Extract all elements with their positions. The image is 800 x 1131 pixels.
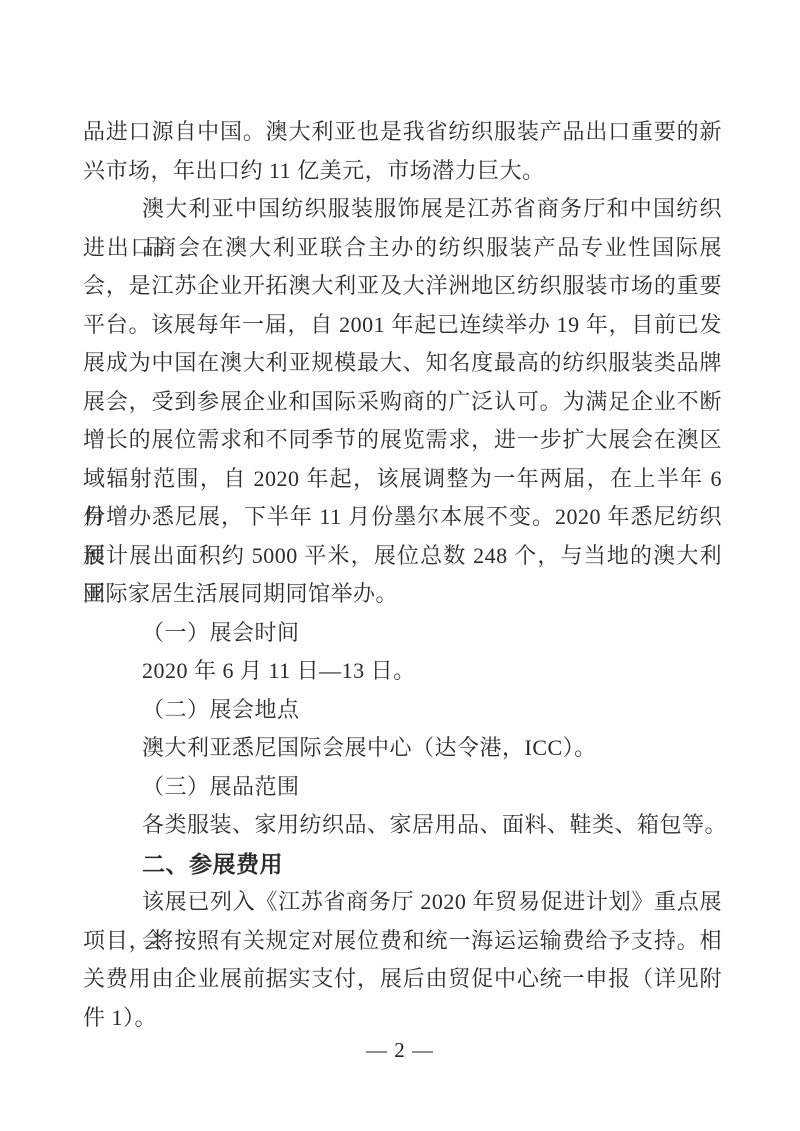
text-line: 国际家居生活展同期同馆举办。 (83, 575, 722, 614)
text-line: 平台。该展每年一届，自 2001 年起已连续举办 19 年，目前已发 (83, 306, 722, 345)
text-line: 件 1）。 (83, 999, 722, 1038)
document-body: 品进口源自中国。澳大利亚也是我省纺织服装产品出口重要的新兴市场，年出口约 11 … (83, 113, 722, 1037)
text-line: 项目，将按照有关规定对展位费和统一海运运输费给予支持。相 (83, 922, 722, 961)
text-line: 兴市场，年出口约 11 亿美元，市场潜力巨大。 (83, 152, 722, 191)
text-line: 会，是江苏企业开拓澳大利亚及大洋洲地区纺织服装市场的重要 (83, 267, 722, 306)
text-line: 预计展出面积约 5000 平米，展位总数 248 个，与当地的澳大利亚 (83, 537, 722, 576)
text-line: 域辐射范围，自 2020 年起，该展调整为一年两届，在上半年 6 月 (83, 460, 722, 499)
text-line: 澳大利亚悉尼国际会展中心（达令港，ICC）。 (83, 729, 722, 768)
text-line: 该展已列入《江苏省商务厅 2020 年贸易促进计划》重点展会 (83, 883, 722, 922)
text-line: 份增办悉尼展，下半年 11 月份墨尔本展不变。2020 年悉尼纺织展 (83, 498, 722, 537)
text-line: 2020 年 6 月 11 日—13 日。 (83, 652, 722, 691)
text-line: 展成为中国在澳大利亚规模最大、知名度最高的纺织服装类品牌 (83, 344, 722, 383)
text-line: 关费用由企业展前据实支付，展后由贸促中心统一申报（详见附 (83, 960, 722, 999)
text-line: 增长的展位需求和不同季节的展览需求，进一步扩大展会在澳区 (83, 421, 722, 460)
text-line: （三）展品范围 (83, 768, 722, 807)
text-line: 展会，受到参展企业和国际采购商的广泛认可。为满足企业不断 (83, 383, 722, 422)
text-line: 品进口源自中国。澳大利亚也是我省纺织服装产品出口重要的新 (83, 113, 722, 152)
text-line: （二）展会地点 (83, 691, 722, 730)
text-line: 进出口商会在澳大利亚联合主办的纺织服装产品专业性国际展 (83, 229, 722, 268)
text-line: 各类服装、家用纺织品、家居用品、面料、鞋类、箱包等。 (83, 806, 722, 845)
text-line: 澳大利亚中国纺织服装服饰展是江苏省商务厅和中国纺织品 (83, 190, 722, 229)
page-number: — 2 — (0, 1038, 800, 1063)
text-line: （一）展会时间 (83, 614, 722, 653)
document-page: 品进口源自中国。澳大利亚也是我省纺织服装产品出口重要的新兴市场，年出口约 11 … (0, 0, 800, 1131)
section-heading: 二、参展费用 (83, 845, 722, 884)
